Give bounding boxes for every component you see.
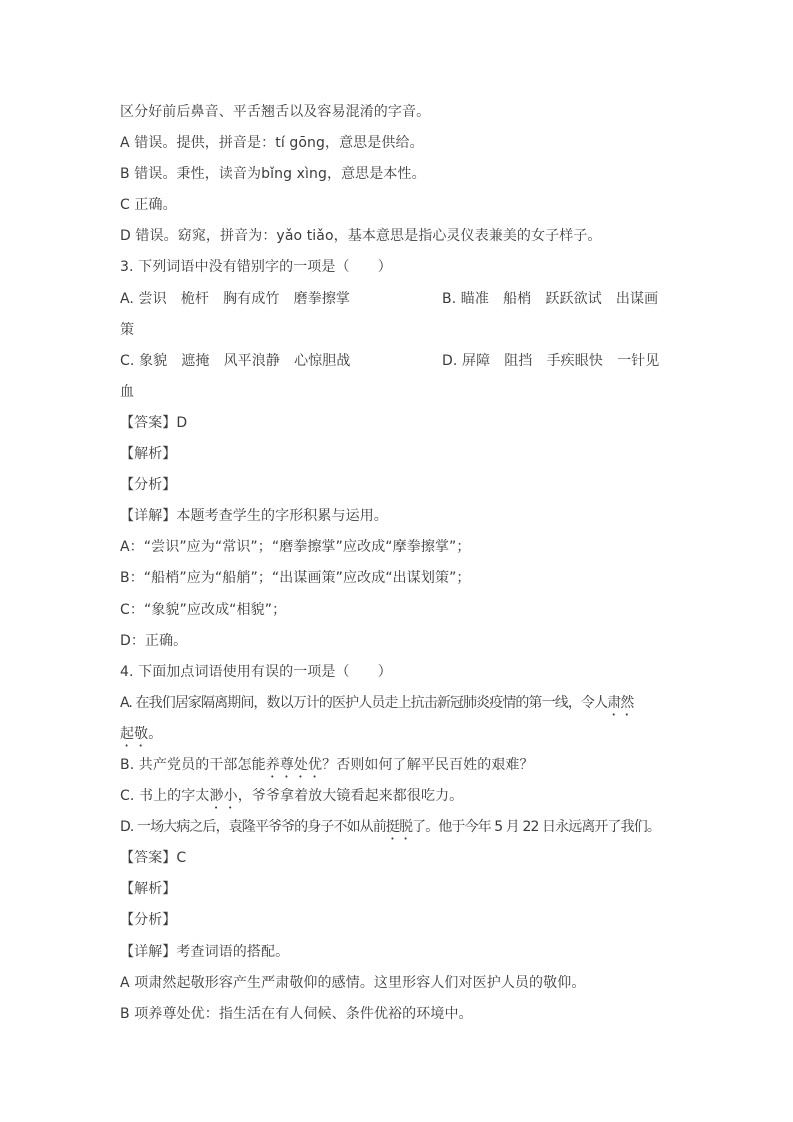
text-line: 【详解】本题考查学生的字形积累与运用。 xyxy=(120,501,680,532)
text-segment: D. 一场大病之后，袁隆平爷爷的身子不如从前 xyxy=(120,819,386,835)
text-segment: 4. 下面加点词语使用有误的一项是（ ） xyxy=(120,664,392,680)
text-segment: C 正确。 xyxy=(120,197,177,213)
text-segment: 3. 下列词语中没有错别字的一项是（ ） xyxy=(120,259,392,275)
text-line: B：“船梢”应为“船艄”；“出谋画策”应改成“出谋划策”； xyxy=(120,563,680,594)
text-segment: A 错误。提供，拼音是：tí gōng，意思是供给。 xyxy=(120,135,424,151)
text-segment: 血 xyxy=(120,384,134,400)
text-segment: 【解析】 xyxy=(120,446,176,462)
text-segment: 【详解】考查词语的搭配。 xyxy=(120,944,289,960)
text-segment: 了。他于今年 5 月 22 日永远离开了我们。 xyxy=(412,819,660,835)
text-line: 【详解】考查词语的搭配。 xyxy=(120,937,680,968)
text-line: 【解析】 xyxy=(120,439,680,470)
text-segment: 区分好前后鼻音、平舌翘舌以及容易混淆的字音。 xyxy=(120,104,430,120)
text-segment: D. 屏障 阻挡 手疾眼快 一针见 xyxy=(442,346,659,377)
text-line: 起敬。 xyxy=(120,719,680,750)
text-line: B 错误。秉性，读音为bǐng xìng，意思是本性。 xyxy=(120,159,680,190)
text-segment: ，爷爷拿着放大镜看起来都很吃力。 xyxy=(238,788,464,804)
emphasized-text: 渺小 xyxy=(209,788,237,804)
text-line: 【答案】C xyxy=(120,843,680,874)
text-line: D 错误。窈窕，拼音为：yǎo tiǎo，基本意思是指心灵仪表兼美的女子样子。 xyxy=(120,221,680,252)
text-segment: B. 瞄准 船梢 跃跃欲试 出谋画 xyxy=(442,284,658,315)
text-segment: 【分析】 xyxy=(120,477,176,493)
text-line: C 正确。 xyxy=(120,190,680,221)
document-page: 区分好前后鼻音、平舌翘舌以及容易混淆的字音。A 错误。提供，拼音是：tí gōn… xyxy=(0,0,793,1122)
text-segment: 【详解】本题考查学生的字形积累与运用。 xyxy=(120,508,388,524)
text-segment: C：“象貌”应改成“相貌”； xyxy=(120,602,286,618)
text-segment: B 项养尊处优：指生活在有人伺候、条件优裕的环境中。 xyxy=(120,1006,473,1022)
text-segment: ？否则如何了解平民百姓的艰难？ xyxy=(322,757,534,773)
text-segment: 策 xyxy=(120,322,134,338)
text-line: A. 尝识 桅杆 胸有成竹 磨拳擦掌B. 瞄准 船梢 跃跃欲试 出谋画 xyxy=(120,284,680,315)
text-segment: D 错误。窈窕，拼音为：yǎo tiǎo，基本意思是指心灵仪表兼美的女子样子。 xyxy=(120,228,602,244)
text-line: 3. 下列词语中没有错别字的一项是（ ） xyxy=(120,252,680,283)
text-line: B 项养尊处优：指生活在有人伺候、条件优裕的环境中。 xyxy=(120,999,680,1030)
text-line: C. 书上的字太渺小，爷爷拿着放大镜看起来都很吃力。 xyxy=(120,781,680,812)
exam-text-block: 区分好前后鼻音、平舌翘舌以及容易混淆的字音。A 错误。提供，拼音是：tí gōn… xyxy=(120,97,680,1030)
text-segment: A. 在我们居家隔离期间，数以万计的医护人员走上抗击新冠肺炎疫情的第一线，令人 xyxy=(120,695,607,711)
text-line: 【解析】 xyxy=(120,874,680,905)
text-line: 策 xyxy=(120,315,680,346)
text-segment: 【分析】 xyxy=(120,912,176,928)
text-segment: 【答案】D xyxy=(120,415,187,431)
text-segment: 。 xyxy=(148,726,162,742)
text-line: 血 xyxy=(120,377,680,408)
text-segment: B：“船梢”应为“船艄”；“出谋画策”应改成“出谋划策”； xyxy=(120,570,471,586)
text-line: 【答案】D xyxy=(120,408,680,439)
text-segment: A 项肃然起敬形容产生严肃敬仰的感情。这里形容人们对医护人员的敬仰。 xyxy=(120,975,585,991)
text-segment: C. 书上的字太 xyxy=(120,788,209,804)
emphasized-text: 肃然 xyxy=(607,695,633,711)
text-line: D：正确。 xyxy=(120,626,680,657)
text-line: C. 象貌 遮掩 风平浪静 心惊胆战D. 屏障 阻挡 手疾眼快 一针见 xyxy=(120,346,680,377)
text-line: 【分析】 xyxy=(120,905,680,936)
text-segment: 【答案】C xyxy=(120,850,186,866)
text-segment: C. 象貌 遮掩 风平浪静 心惊胆战 xyxy=(120,353,350,369)
text-segment: B. 共产党员的干部怎能 xyxy=(120,757,266,773)
text-line: A. 在我们居家隔离期间，数以万计的医护人员走上抗击新冠肺炎疫情的第一线，令人肃… xyxy=(120,688,680,719)
emphasized-text: 起敬 xyxy=(120,726,148,742)
text-line: 区分好前后鼻音、平舌翘舌以及容易混淆的字音。 xyxy=(120,97,680,128)
text-line: D. 一场大病之后，袁隆平爷爷的身子不如从前挺脱了。他于今年 5 月 22 日永… xyxy=(120,812,680,843)
text-line: 【分析】 xyxy=(120,470,680,501)
emphasized-text: 挺脱 xyxy=(386,819,412,835)
text-line: B. 共产党员的干部怎能养尊处优？否则如何了解平民百姓的艰难？ xyxy=(120,750,680,781)
text-segment: B 错误。秉性，读音为bǐng xìng，意思是本性。 xyxy=(120,166,426,182)
emphasized-text: 养尊处优 xyxy=(266,757,322,773)
text-segment: 【解析】 xyxy=(120,881,176,897)
text-segment: A：“尝识”应为“常识”；“磨拳擦掌”应改成“摩拳擦掌”； xyxy=(120,539,471,555)
text-line: A：“尝识”应为“常识”；“磨拳擦掌”应改成“摩拳擦掌”； xyxy=(120,532,680,563)
text-segment: D：正确。 xyxy=(120,633,187,649)
text-line: 4. 下面加点词语使用有误的一项是（ ） xyxy=(120,657,680,688)
text-line: C：“象貌”应改成“相貌”； xyxy=(120,595,680,626)
text-line: A 项肃然起敬形容产生严肃敬仰的感情。这里形容人们对医护人员的敬仰。 xyxy=(120,968,680,999)
text-segment: A. 尝识 桅杆 胸有成竹 磨拳擦掌 xyxy=(120,291,350,307)
text-line: A 错误。提供，拼音是：tí gōng，意思是供给。 xyxy=(120,128,680,159)
